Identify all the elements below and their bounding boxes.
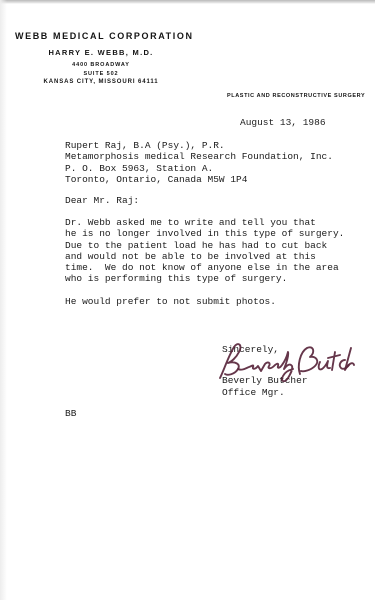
- letterhead-street: 4400 BROADWAY: [15, 62, 187, 68]
- body-paragraph-1: Dr. Webb asked me to write and tell you …: [65, 217, 344, 285]
- specialty-line: PLASTIC AND RECONSTRUCTIVE SURGERY: [227, 93, 365, 99]
- letter-page: WEBB MEDICAL CORPORATION HARRY E. WEBB, …: [0, 0, 375, 600]
- scan-artifact-left-edge: [0, 0, 7, 600]
- scan-artifact-top-edge: [0, 0, 375, 4]
- physician-name: HARRY E. WEBB, M.D.: [15, 48, 187, 57]
- letterhead-suite: SUITE 502: [15, 71, 187, 77]
- signer-title: Office Mgr.: [222, 387, 285, 398]
- typist-initials: BB: [65, 408, 76, 419]
- company-name: WEBB MEDICAL CORPORATION: [15, 31, 187, 41]
- salutation: Dear Mr. Raj:: [65, 195, 139, 206]
- letter-date: August 13, 1986: [240, 117, 326, 128]
- letterhead: WEBB MEDICAL CORPORATION HARRY E. WEBB, …: [15, 31, 187, 85]
- letterhead-city: KANSAS CITY, MISSOURI 64111: [15, 79, 187, 85]
- closing: Sincerely,: [222, 344, 279, 355]
- body-paragraph-2: He would prefer to not submit photos.: [65, 296, 276, 307]
- recipient-address: Rupert Raj, B.A (Psy.), P.R. Metamorphos…: [65, 140, 333, 185]
- signer-name: Beverly Butcher: [222, 375, 308, 386]
